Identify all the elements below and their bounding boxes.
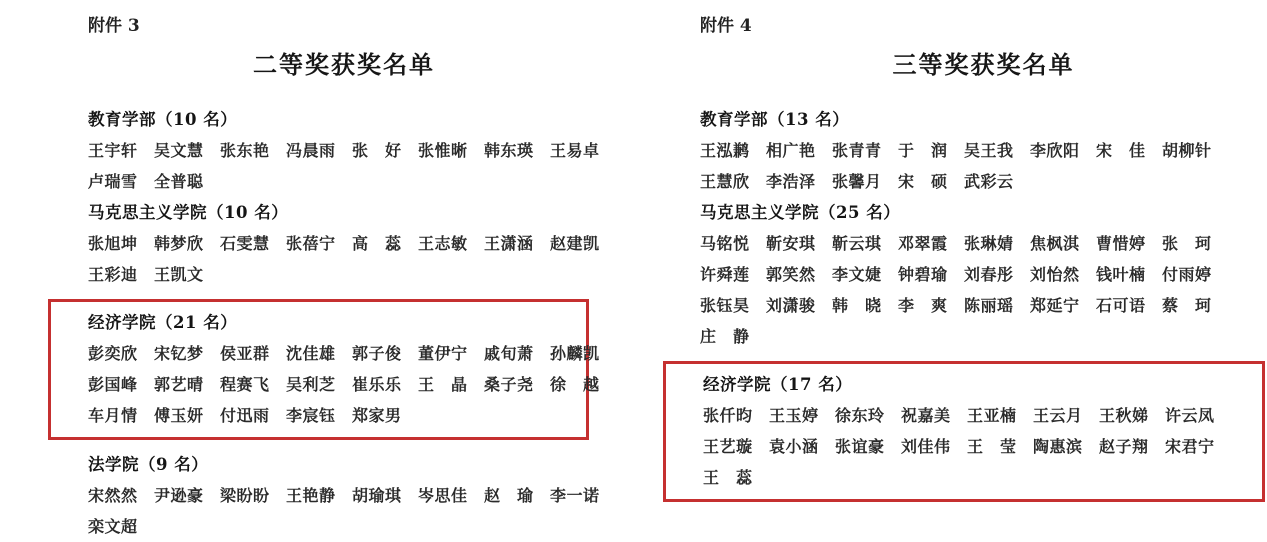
section-heading: 教育学部（10 名） bbox=[88, 104, 600, 135]
winner-names-line: 王彩迪 王凯文 bbox=[88, 259, 600, 290]
winner-names-line: 王宇轩 吴文慧 张东艳 冯晨雨 张 好 张惟晰 韩东瑛 王易卓 bbox=[88, 135, 600, 166]
sections-container: 教育学部（13 名） 王泓鹣 相广艳 张青青 于 润 吴王我 李欣阳 宋 佳 胡… bbox=[700, 104, 1267, 475]
section-education-dept: 教育学部（10 名） 王宇轩 吴文慧 张东艳 冯晨雨 张 好 张惟晰 韩东瑛 王… bbox=[88, 104, 600, 197]
section-heading: 经济学院（17 名） bbox=[703, 369, 1262, 400]
winner-names-line: 许舜莲 郭笑然 李文婕 钟碧瑜 刘春彤 刘怡然 钱叶楠 付雨婷 bbox=[700, 259, 1267, 290]
page-title: 三等奖获奖名单 bbox=[700, 48, 1267, 82]
section-heading: 马克思主义学院（25 名） bbox=[700, 197, 1267, 228]
section-heading: 经济学院（21 名） bbox=[88, 307, 586, 338]
winner-names-line: 王艺璇 袁小涵 张谊豪 刘佳伟 王 莹 陶惠滨 赵子翔 宋君宁 bbox=[703, 431, 1262, 462]
section-education-dept: 教育学部（13 名） 王泓鹣 相广艳 张青青 于 润 吴王我 李欣阳 宋 佳 胡… bbox=[700, 104, 1267, 197]
winner-names-line: 庄 静 bbox=[700, 321, 1267, 352]
winner-names-line: 彭奕欣 宋钇梦 侯亚群 沈佳雄 郭子俊 董伊宁 戚旬萧 孙麟凯 bbox=[88, 338, 586, 369]
section-heading: 法学院（9 名） bbox=[88, 449, 600, 475]
winner-names-line: 卢瑞雪 全普聪 bbox=[88, 166, 600, 197]
winner-names-line: 车月情 傅玉妍 付迅雨 李宸钰 郑家男 bbox=[88, 400, 586, 431]
section-marxism-school: 马克思主义学院（10 名） 张旭坤 韩梦欣 石雯慧 张蓓宁 高 蕊 王志敏 王潇… bbox=[88, 197, 600, 290]
winner-names-line: 彭国峰 郭艺晴 程赛飞 吴利芝 崔乐乐 王 晶 桑子尧 徐 越 bbox=[88, 369, 586, 400]
section-marxism-school: 马克思主义学院（25 名） 马铭悦 靳安琪 靳云琪 邓翠霞 张琳婧 焦枫淇 曹惜… bbox=[700, 197, 1267, 352]
page-attachment-4: 附件 4 三等奖获奖名单 教育学部（13 名） 王泓鹣 相广艳 张青青 于 润 … bbox=[700, 14, 1267, 475]
winner-names-line: 王慧欣 李浩泽 张馨月 宋 硕 武彩云 bbox=[700, 166, 1267, 197]
section-law-school: 法学院（9 名） 宋然然 尹逊豪 梁盼盼 王艳静 胡瑜琪 岑思佳 赵 瑜 李一诺… bbox=[88, 449, 600, 475]
page-title: 二等奖获奖名单 bbox=[88, 48, 600, 82]
winner-names-line: 张旭坤 韩梦欣 石雯慧 张蓓宁 高 蕊 王志敏 王潇涵 赵建凯 bbox=[88, 228, 600, 259]
winner-names-line: 张仟昀 王玉婷 徐东玲 祝嘉美 王亚楠 王云月 王秋娣 许云凤 bbox=[703, 400, 1262, 431]
winner-names-line: 王泓鹣 相广艳 张青青 于 润 吴王我 李欣阳 宋 佳 胡柳针 bbox=[700, 135, 1267, 166]
section-heading: 马克思主义学院（10 名） bbox=[88, 197, 600, 228]
sections-container: 教育学部（10 名） 王宇轩 吴文慧 张东艳 冯晨雨 张 好 张惟晰 韩东瑛 王… bbox=[88, 104, 600, 475]
winner-names-line: 马铭悦 靳安琪 靳云琪 邓翠霞 张琳婧 焦枫淇 曹惜婷 张 珂 bbox=[700, 228, 1267, 259]
winner-names-line: 张钰昊 刘潇骏 韩 晓 李 爽 陈丽瑶 郑延宁 石可语 蔡 珂 bbox=[700, 290, 1267, 321]
attachment-label: 附件 3 bbox=[88, 14, 600, 38]
section-heading: 教育学部（13 名） bbox=[700, 104, 1267, 135]
highlight-box-economics: 经济学院（21 名） 彭奕欣 宋钇梦 侯亚群 沈佳雄 郭子俊 董伊宁 戚旬萧 孙… bbox=[48, 299, 589, 440]
page-attachment-3: 附件 3 二等奖获奖名单 教育学部（10 名） 王宇轩 吴文慧 张东艳 冯晨雨 … bbox=[88, 14, 600, 475]
highlight-box-economics: 经济学院（17 名） 张仟昀 王玉婷 徐东玲 祝嘉美 王亚楠 王云月 王秋娣 许… bbox=[663, 361, 1265, 475]
winner-names-line: 王 蕊 bbox=[703, 462, 1262, 475]
attachment-label: 附件 4 bbox=[700, 14, 1267, 38]
